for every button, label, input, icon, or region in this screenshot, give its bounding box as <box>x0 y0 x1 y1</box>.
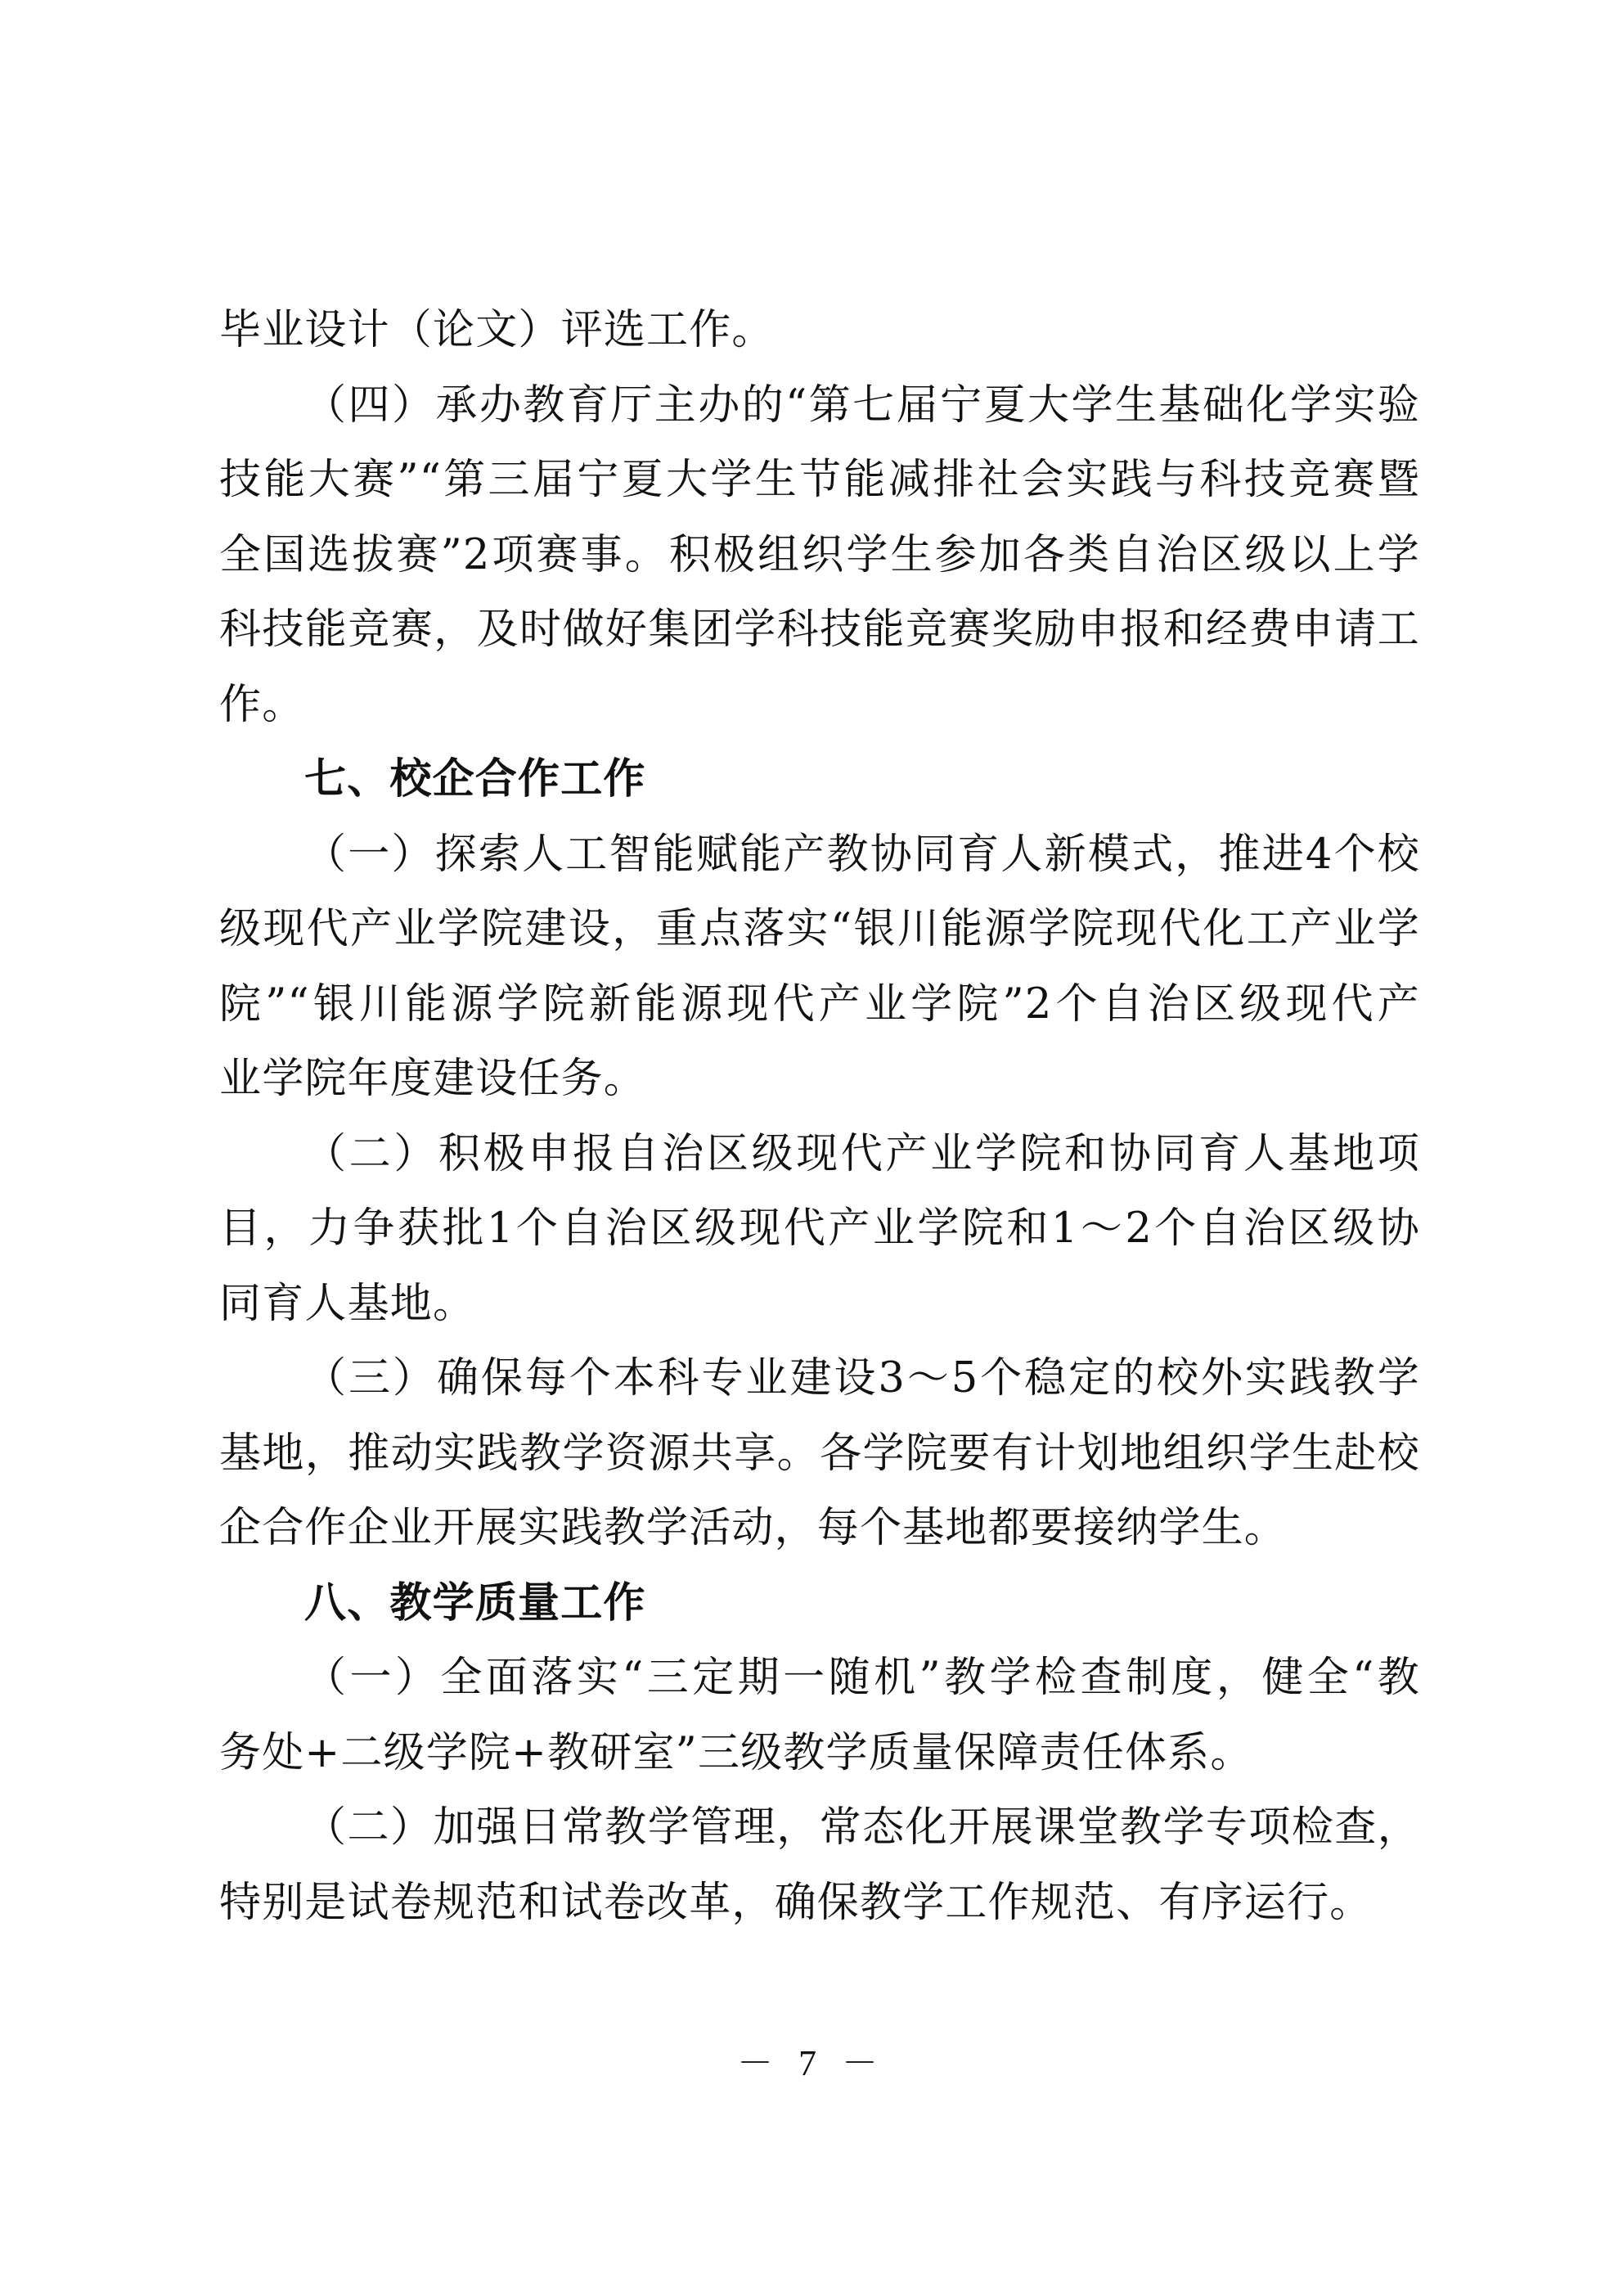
body-text-line: 企合作企业开展实践教学活动，每个基地都要接纳学生。 <box>219 1491 1420 1566</box>
body-text-line: （四）承办教育厅主办的“第七届宁夏大学生基础化学实验 <box>219 368 1420 443</box>
body-text-line: 基地，推动实践教学资源共享。各学院要有计划地组织学生赴校 <box>219 1416 1420 1492</box>
body-text-line: （一）全面落实“三定期一随机”教学检查制度，健全“教 <box>219 1641 1420 1716</box>
body-text-line: 毕业设计（论文）评选工作。 <box>219 293 1420 368</box>
body-text-line: 同育人基地。 <box>219 1267 1420 1342</box>
body-text-line: 作。 <box>219 668 1420 743</box>
body-text-line: 院”“银川能源学院新能源现代产业学院”2个自治区级现代产 <box>219 967 1420 1042</box>
document-body: 毕业设计（论文）评选工作。 （四）承办教育厅主办的“第七届宁夏大学生基础化学实验… <box>219 293 1420 1940</box>
body-text-line: 业学院年度建设任务。 <box>219 1042 1420 1117</box>
body-text-line: （一）探索人工智能赋能产教协同育人新模式，推进4个校 <box>219 817 1420 893</box>
body-text-line: 务处+二级学院+教研室”三级教学质量保障责任体系。 <box>219 1716 1420 1791</box>
section-heading-school-enterprise-cooperation: 七、校企合作工作 <box>219 742 1420 817</box>
document-page: 毕业设计（论文）评选工作。 （四）承办教育厅主办的“第七届宁夏大学生基础化学实验… <box>0 0 1623 2296</box>
body-text-line: 级现代产业学院建设，重点落实“银川能源学院现代化工产业学 <box>219 892 1420 967</box>
body-text-line: （二）加强日常教学管理，常态化开展课堂教学专项检查， <box>219 1790 1420 1866</box>
body-text-line: （三）确保每个本科专业建设3～5个稳定的校外实践教学 <box>219 1341 1420 1416</box>
body-text-line: 全国选拔赛”2项赛事。积极组织学生参加各类自治区级以上学 <box>219 518 1420 593</box>
body-text-line: （二）积极申报自治区级现代产业学院和协同育人基地项 <box>219 1117 1420 1192</box>
section-heading-teaching-quality: 八、教学质量工作 <box>219 1566 1420 1641</box>
body-text-line: 目，力争获批1个自治区级现代产业学院和1～2个自治区级协 <box>219 1191 1420 1267</box>
body-text-line: 科技能竞赛，及时做好集团学科技能竞赛奖励申报和经费申请工 <box>219 592 1420 668</box>
page-number: － 7 － <box>0 2033 1623 2086</box>
body-text-line: 特别是试卷规范和试卷改革，确保教学工作规范、有序运行。 <box>219 1866 1420 1941</box>
body-text-line: 技能大赛”“第三届宁夏大学生节能减排社会实践与科技竞赛暨 <box>219 443 1420 518</box>
